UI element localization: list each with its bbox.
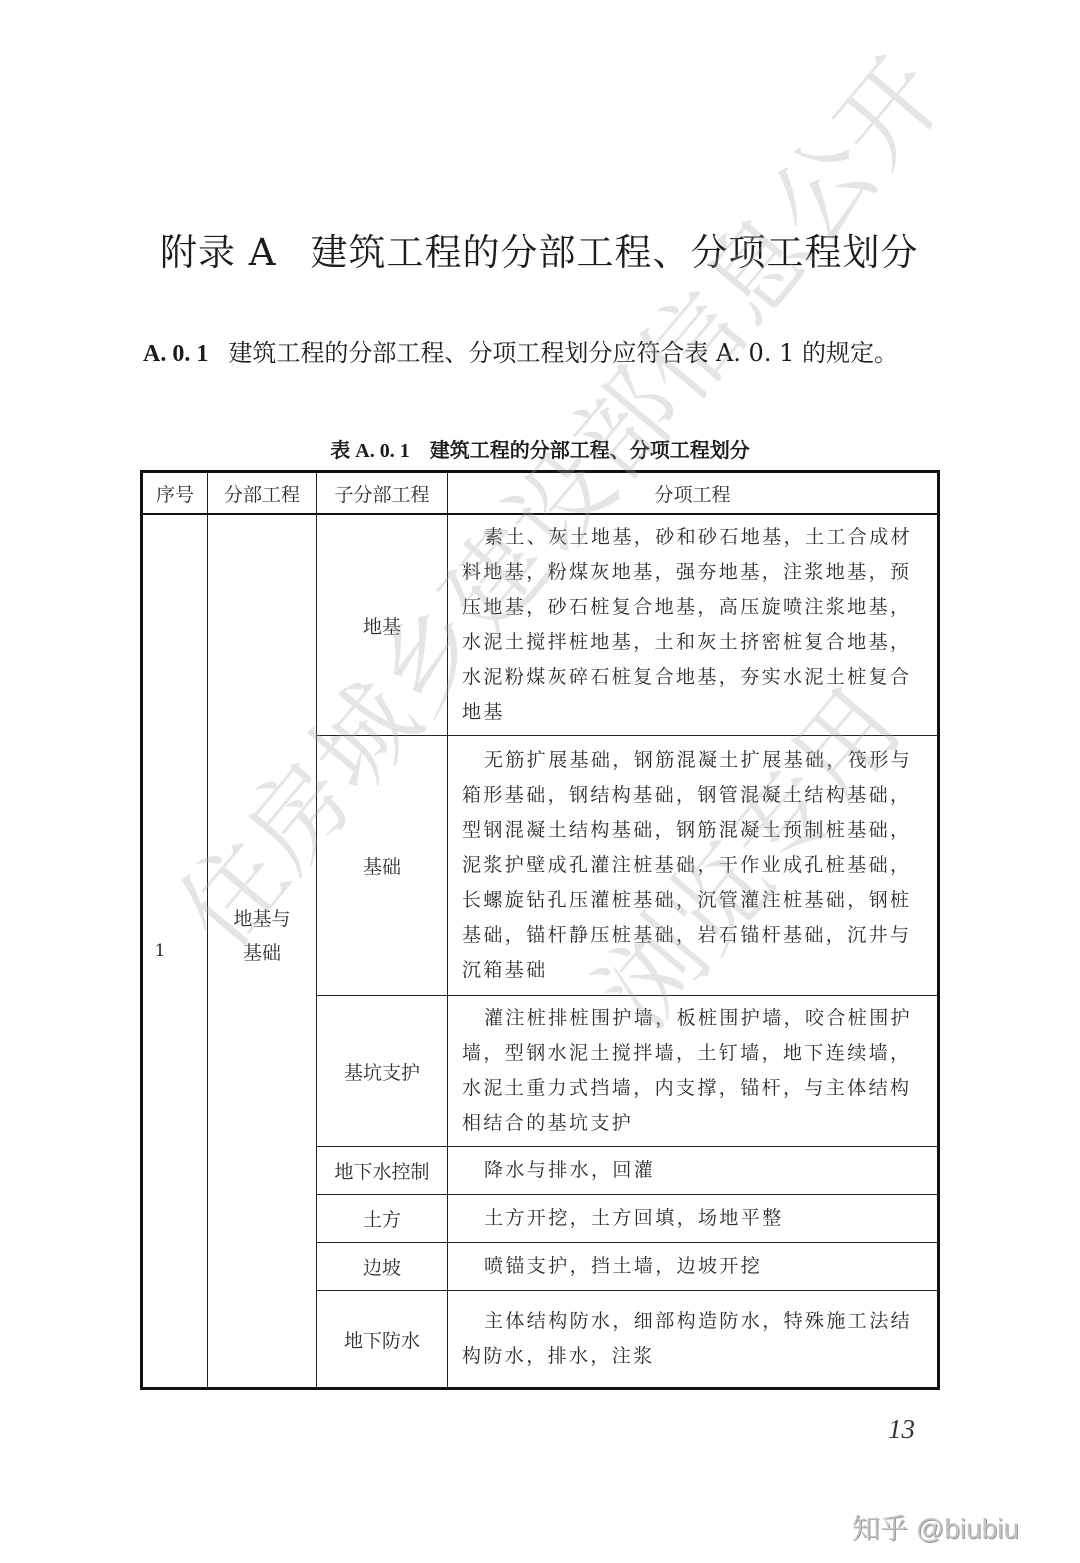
header-subdivision: 子分部工程 bbox=[317, 472, 448, 515]
items-text: 土方开挖，土方回填，场地平整 bbox=[484, 1207, 784, 1229]
header-items: 分项工程 bbox=[448, 472, 939, 515]
clause-text: 建筑工程的分部工程、分项工程划分应符合表 A. 0. 1 的规定。 bbox=[228, 339, 898, 367]
clause-number: A. 0. 1 bbox=[143, 341, 208, 367]
items-text: 无筋扩展基础，钢筋混凝土扩展基础，筏形与箱形基础，钢结构基础，钢管混凝土结构基础… bbox=[462, 749, 912, 981]
appendix-heading-text: 建筑工程的分部工程、分项工程划分 bbox=[310, 231, 918, 274]
subdivision-cell: 边坡 bbox=[317, 1243, 448, 1291]
division-cell: 地基与基础 bbox=[208, 514, 317, 1389]
items-text: 喷锚支护，挡土墙，边坡开挖 bbox=[484, 1255, 762, 1277]
table-header-row: 序号 分部工程 子分部工程 分项工程 bbox=[142, 472, 939, 515]
header-seq: 序号 bbox=[142, 472, 208, 515]
subdivision-cell: 地基 bbox=[317, 514, 448, 736]
items-cell: 土方开挖，土方回填，场地平整 bbox=[448, 1195, 939, 1243]
items-text: 素土、灰土地基，砂和砂石地基，土工合成材料地基，粉煤灰地基，强夯地基，注浆地基，… bbox=[462, 526, 912, 723]
items-text: 主体结构防水，细部构造防水，特殊施工法结构防水，排水，注浆 bbox=[462, 1310, 912, 1367]
appendix-title: 附录 A建筑工程的分部工程、分项工程划分 bbox=[160, 222, 960, 276]
header-division: 分部工程 bbox=[208, 472, 317, 515]
table-caption-number: 表 A. 0. 1 bbox=[330, 440, 409, 462]
items-cell: 主体结构防水，细部构造防水，特殊施工法结构防水，排水，注浆 bbox=[448, 1291, 939, 1389]
source-credit: 知乎 @biubiu bbox=[852, 1507, 1019, 1547]
division-name: 地基与基础 bbox=[229, 902, 295, 970]
division-table: 序号 分部工程 子分部工程 分项工程 1 地基与基础 地基 素土、灰土地基，砂和… bbox=[140, 470, 940, 1390]
seq-cell: 1 bbox=[142, 514, 208, 1389]
subdivision-cell: 地下水控制 bbox=[317, 1147, 448, 1195]
items-cell: 降水与排水，回灌 bbox=[448, 1147, 939, 1195]
items-cell: 喷锚支护，挡土墙，边坡开挖 bbox=[448, 1243, 939, 1291]
table-caption: 表 A. 0. 1建筑工程的分部工程、分项工程划分 bbox=[140, 434, 940, 463]
subdivision-cell: 基坑支护 bbox=[317, 996, 448, 1147]
subdivision-cell: 地下防水 bbox=[317, 1291, 448, 1389]
page-number: 13 bbox=[888, 1414, 915, 1445]
table-row: 1 地基与基础 地基 素土、灰土地基，砂和砂石地基，土工合成材料地基，粉煤灰地基… bbox=[142, 514, 939, 736]
subdivision-cell: 土方 bbox=[317, 1195, 448, 1243]
items-cell: 灌注桩排桩围护墙，板桩围护墙，咬合桩围护墙，型钢水泥土搅拌墙，土钉墙，地下连续墙… bbox=[448, 996, 939, 1147]
items-cell: 素土、灰土地基，砂和砂石地基，土工合成材料地基，粉煤灰地基，强夯地基，注浆地基，… bbox=[448, 514, 939, 736]
table-caption-title: 建筑工程的分部工程、分项工程划分 bbox=[430, 438, 750, 462]
clause-paragraph: A. 0. 1建筑工程的分部工程、分项工程划分应符合表 A. 0. 1 的规定。 bbox=[143, 334, 943, 373]
items-cell: 无筋扩展基础，钢筋混凝土扩展基础，筏形与箱形基础，钢结构基础，钢管混凝土结构基础… bbox=[448, 736, 939, 996]
items-text: 降水与排水，回灌 bbox=[484, 1159, 655, 1181]
appendix-label: 附录 A bbox=[160, 231, 276, 274]
subdivision-cell: 基础 bbox=[317, 736, 448, 996]
items-text: 灌注桩排桩围护墙，板桩围护墙，咬合桩围护墙，型钢水泥土搅拌墙，土钉墙，地下连续墙… bbox=[462, 1007, 912, 1134]
